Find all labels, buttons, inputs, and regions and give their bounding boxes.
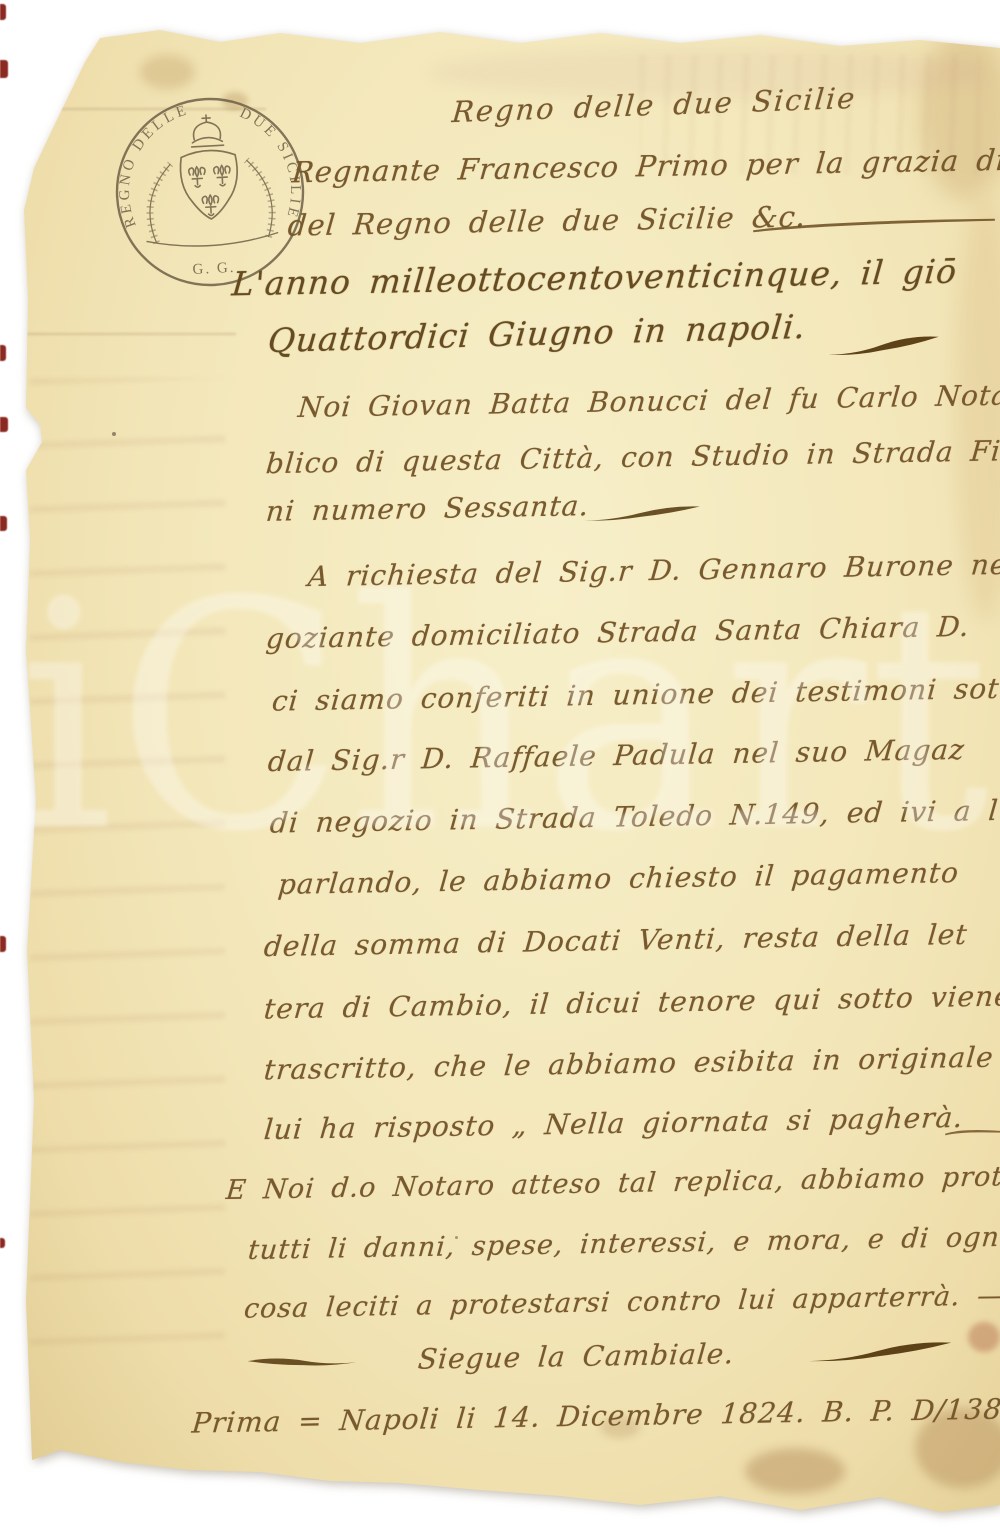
manuscript-line: A richiesta del Sig.r D. Gennaro Burone … bbox=[307, 548, 1000, 593]
manuscript-line: del Regno delle due Sicilie &c. bbox=[287, 199, 808, 242]
manuscript-line: della somma di Docati Venti, resta della… bbox=[263, 918, 969, 963]
paper-sheet: REGNO DELLE DUE SICILIE bbox=[0, 0, 1000, 1531]
manuscript-line: E Noi d.o Notaro atteso tal replica, abb… bbox=[225, 1159, 1000, 1206]
crown-icon bbox=[190, 114, 224, 147]
manuscript-line: blico di questa Città, con Studio in Str… bbox=[265, 433, 1000, 480]
svg-text:REGNO DELLE: REGNO DELLE bbox=[112, 102, 197, 230]
scan-edge-artifact bbox=[0, 60, 8, 78]
paper-shadow: REGNO DELLE DUE SICILIE bbox=[0, 0, 1000, 1531]
stamp-arc-text-left: REGNO DELLE bbox=[112, 102, 197, 230]
scan-edge-artifact bbox=[0, 1238, 5, 1248]
manuscript-line: tutti li danni, spese, interessi, e mora… bbox=[247, 1221, 1000, 1266]
stamp-initials: G. G. bbox=[192, 260, 236, 278]
scan-edge-artifact bbox=[0, 4, 6, 20]
pen-flourish bbox=[805, 1335, 954, 1367]
manuscript-line: Quattordici Giugno in napoli. bbox=[266, 307, 808, 360]
fleur-de-lis-icon bbox=[202, 195, 219, 216]
scan-edge-artifact bbox=[0, 516, 7, 531]
foxing-speck bbox=[27, 171, 32, 176]
paper-stain bbox=[745, 1448, 845, 1494]
scan-edge-artifact bbox=[0, 417, 8, 432]
pen-flourish bbox=[825, 329, 941, 361]
pen-flourish bbox=[945, 1127, 1000, 1137]
paper-stain bbox=[968, 1322, 1000, 1352]
manuscript-line: Siegue la Cambiale. bbox=[417, 1337, 736, 1376]
pen-flourish bbox=[246, 1349, 359, 1373]
scanned-document: REGNO DELLE DUE SICILIE bbox=[0, 0, 1000, 1531]
paper-crease bbox=[26, 333, 236, 335]
manuscript-line: L'anno milleottocentoventicinque, il giō bbox=[230, 252, 959, 304]
manuscript-line: Noi Giovan Batta Bonucci del fu Carlo No… bbox=[297, 377, 1000, 424]
manuscript-line: lui ha risposto „ Nella giornata si pagh… bbox=[263, 1101, 965, 1146]
fleur-de-lis-icon bbox=[189, 166, 206, 187]
ink-bleedthrough bbox=[30, 378, 225, 1358]
manuscript-line: Prima = Napoli li 14. Dicembre 1824. B. … bbox=[191, 1391, 1000, 1439]
palm-branch-icon bbox=[147, 164, 174, 243]
manuscript-line: goziante domiciliato Strada Santa Chiara… bbox=[265, 610, 971, 655]
manuscript-line: ci siamo conferiti in unione dei testimo… bbox=[271, 671, 1000, 717]
manuscript-line: cosa leciti a protestarsi contro lui app… bbox=[243, 1280, 1000, 1324]
fleur-de-lis-icon bbox=[214, 165, 231, 186]
manuscript-line: parlando, le abbiamo chiesto il pagament… bbox=[277, 856, 961, 901]
manuscript-line: tera di Cambio, il dicui tenore qui sott… bbox=[263, 979, 1000, 1025]
shield-icon bbox=[180, 149, 240, 220]
paper-stain bbox=[140, 55, 195, 89]
palm-branch-icon bbox=[246, 159, 273, 238]
manuscript-line: trascritto, che le abbiamo esibita in or… bbox=[263, 1041, 996, 1087]
manuscript-line: ni numero Sessanta. bbox=[265, 489, 591, 528]
pen-flourish bbox=[582, 501, 703, 525]
scan-edge-artifact bbox=[0, 345, 6, 361]
stamp-ground-line bbox=[146, 232, 278, 248]
manuscript-line: dal Sig.r D. Raffaele Padula nel suo Mag… bbox=[267, 733, 967, 778]
manuscript-line: di negozio in Strada Toledo N.149, ed iv… bbox=[269, 793, 1000, 839]
scan-edge-artifact bbox=[0, 936, 6, 952]
